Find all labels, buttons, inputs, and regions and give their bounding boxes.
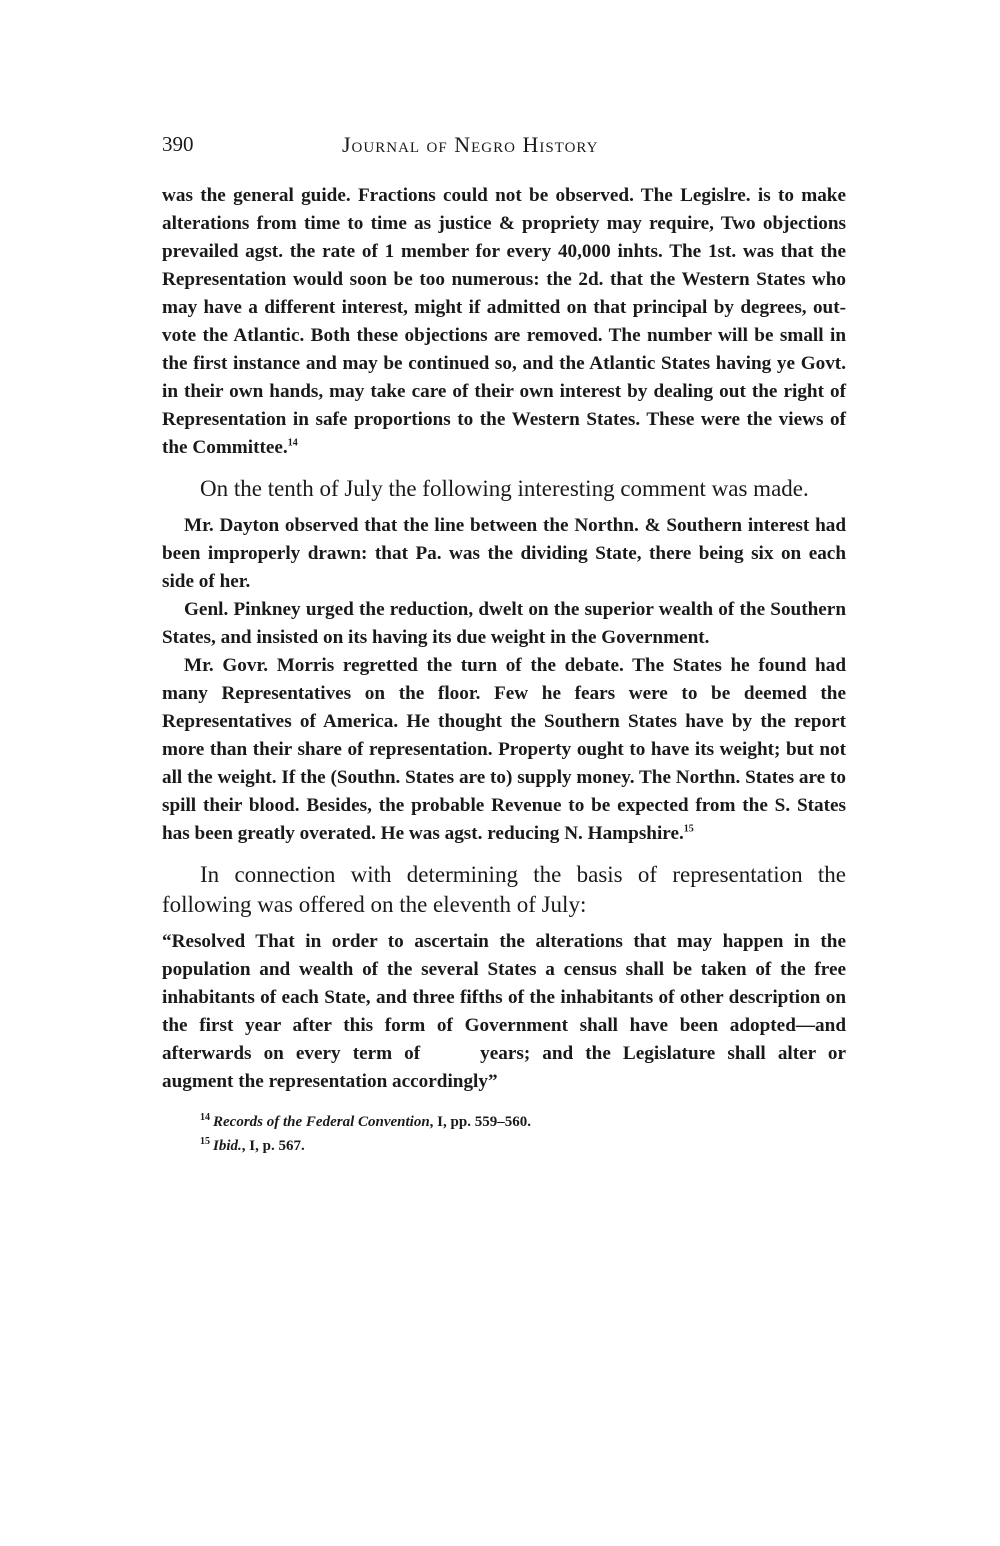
lead-text-july-eleventh: In connection with determining the basis… xyxy=(162,860,846,920)
footnote-title: Ibid. xyxy=(213,1138,242,1154)
journal-page: 390 Journal of Negro History was the gen… xyxy=(162,128,846,1156)
footnote-14: 14Records of the Federal Convention, I, … xyxy=(200,1108,846,1132)
page-number: 390 xyxy=(162,132,194,157)
committee-extract-text: was the general guide. Fractions could n… xyxy=(162,185,846,458)
footnote-title: Records of the Federal Convention xyxy=(213,1114,430,1130)
committee-extract-paragraph: was the general guide. Fractions could n… xyxy=(162,182,846,462)
running-head: 390 Journal of Negro History xyxy=(162,128,846,162)
morris-paragraph: Mr. Govr. Morris regretted the turn of t… xyxy=(162,652,846,848)
journal-title: Journal of Negro History xyxy=(342,132,598,158)
morris-paragraph-text: Mr. Govr. Morris regretted the turn of t… xyxy=(162,655,846,844)
footnote-citation: , I, pp. 559–560. xyxy=(430,1114,531,1130)
footnotes: 14Records of the Federal Convention, I, … xyxy=(162,1108,846,1156)
footnote-number: 15 xyxy=(200,1136,210,1147)
footnote-15: 15Ibid., I, p. 567. xyxy=(200,1132,846,1156)
footnote-ref-14[interactable]: 14 xyxy=(288,438,298,449)
resolution-quote: “Resolved That in order to ascertain the… xyxy=(162,928,846,1096)
lead-paragraph-july-eleventh: In connection with determining the basis… xyxy=(162,860,846,920)
resolution-paragraph: “Resolved That in order to ascertain the… xyxy=(162,928,846,1096)
lead-text-july-tenth: On the tenth of July the following inter… xyxy=(162,474,846,504)
lead-paragraph-july-tenth: On the tenth of July the following inter… xyxy=(162,474,846,504)
pinkney-paragraph: Genl. Pinkney urged the reduction, dwelt… xyxy=(162,596,846,652)
debate-extract: Mr. Dayton observed that the line betwee… xyxy=(162,512,846,848)
footnote-ref-15[interactable]: 15 xyxy=(684,824,694,835)
footnote-citation: , I, p. 567. xyxy=(242,1138,305,1154)
dayton-paragraph: Mr. Dayton observed that the line betwee… xyxy=(162,512,846,596)
footnote-number: 14 xyxy=(200,1112,210,1123)
committee-extract: was the general guide. Fractions could n… xyxy=(162,182,846,462)
